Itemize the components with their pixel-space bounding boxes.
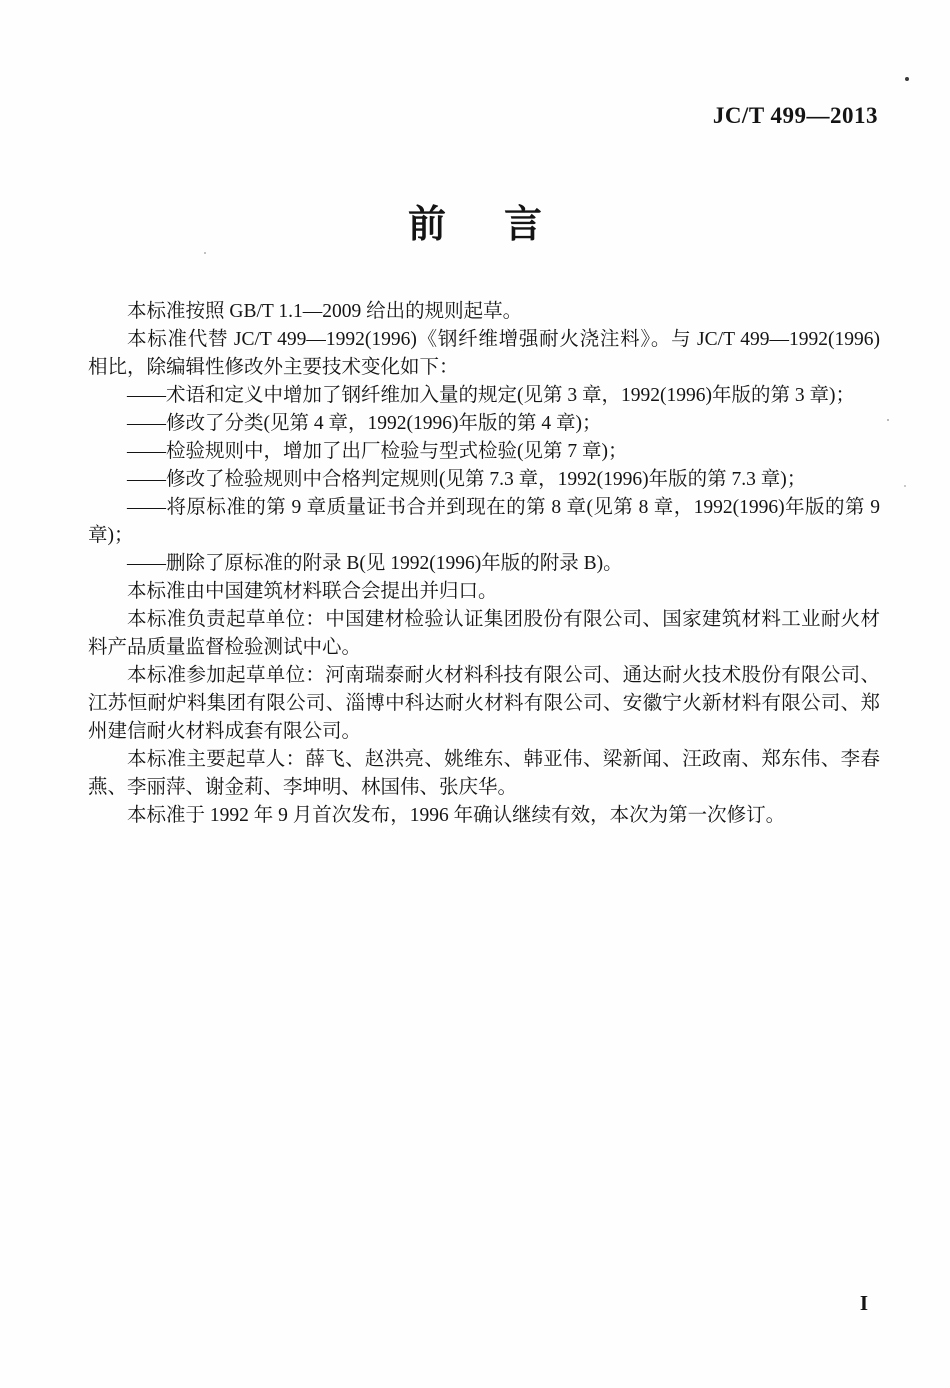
list-item-change: ——将原标准的第 9 章质量证书合并到现在的第 8 章(见第 8 章，1992(… [88,494,880,550]
scan-artifact [905,77,909,81]
paragraph: 本标准按照 GB/T 1.1—2009 给出的规则起草。 [88,298,880,326]
foreword-body: 本标准按照 GB/T 1.1—2009 给出的规则起草。 本标准代替 JC/T … [88,298,880,830]
scan-artifact [887,419,889,421]
page-number: I [860,1291,868,1316]
paragraph: 本标准代替 JC/T 499—1992(1996)《钢纤维增强耐火浇注料》。与 … [88,326,880,382]
paragraph: 本标准由中国建筑材料联合会提出并归口。 [88,578,880,606]
scan-artifact [204,252,206,254]
list-item-change: ——修改了分类(见第 4 章，1992(1996)年版的第 4 章)； [88,410,880,438]
scan-artifact [904,485,906,487]
paragraph: 本标准参加起草单位：河南瑞泰耐火材料科技有限公司、通达耐火技术股份有限公司、江苏… [88,662,880,746]
list-item-change: ——删除了原标准的附录 B(见 1992(1996)年版的附录 B)。 [88,550,880,578]
scanned-document-page: JC/T 499—2013 前 言 本标准按照 GB/T 1.1—2009 给出… [0,0,950,1388]
paragraph: 本标准负责起草单位：中国建材检验认证集团股份有限公司、国家建筑材料工业耐火材料产… [88,606,880,662]
paragraph: 本标准主要起草人：薛飞、赵洪亮、姚维东、韩亚伟、梁新闻、汪政南、郑东伟、李春燕、… [88,746,880,802]
paragraph: 本标准于 1992 年 9 月首次发布，1996 年确认继续有效，本次为第一次修… [88,802,880,830]
standard-code-header: JC/T 499—2013 [713,103,878,129]
list-item-change: ——修改了检验规则中合格判定规则(见第 7.3 章，1992(1996)年版的第… [88,466,880,494]
list-item-change: ——术语和定义中增加了钢纤维加入量的规定(见第 3 章，1992(1996)年版… [88,382,880,410]
list-item-change: ——检验规则中，增加了出厂检验与型式检验(见第 7 章)； [88,438,880,466]
